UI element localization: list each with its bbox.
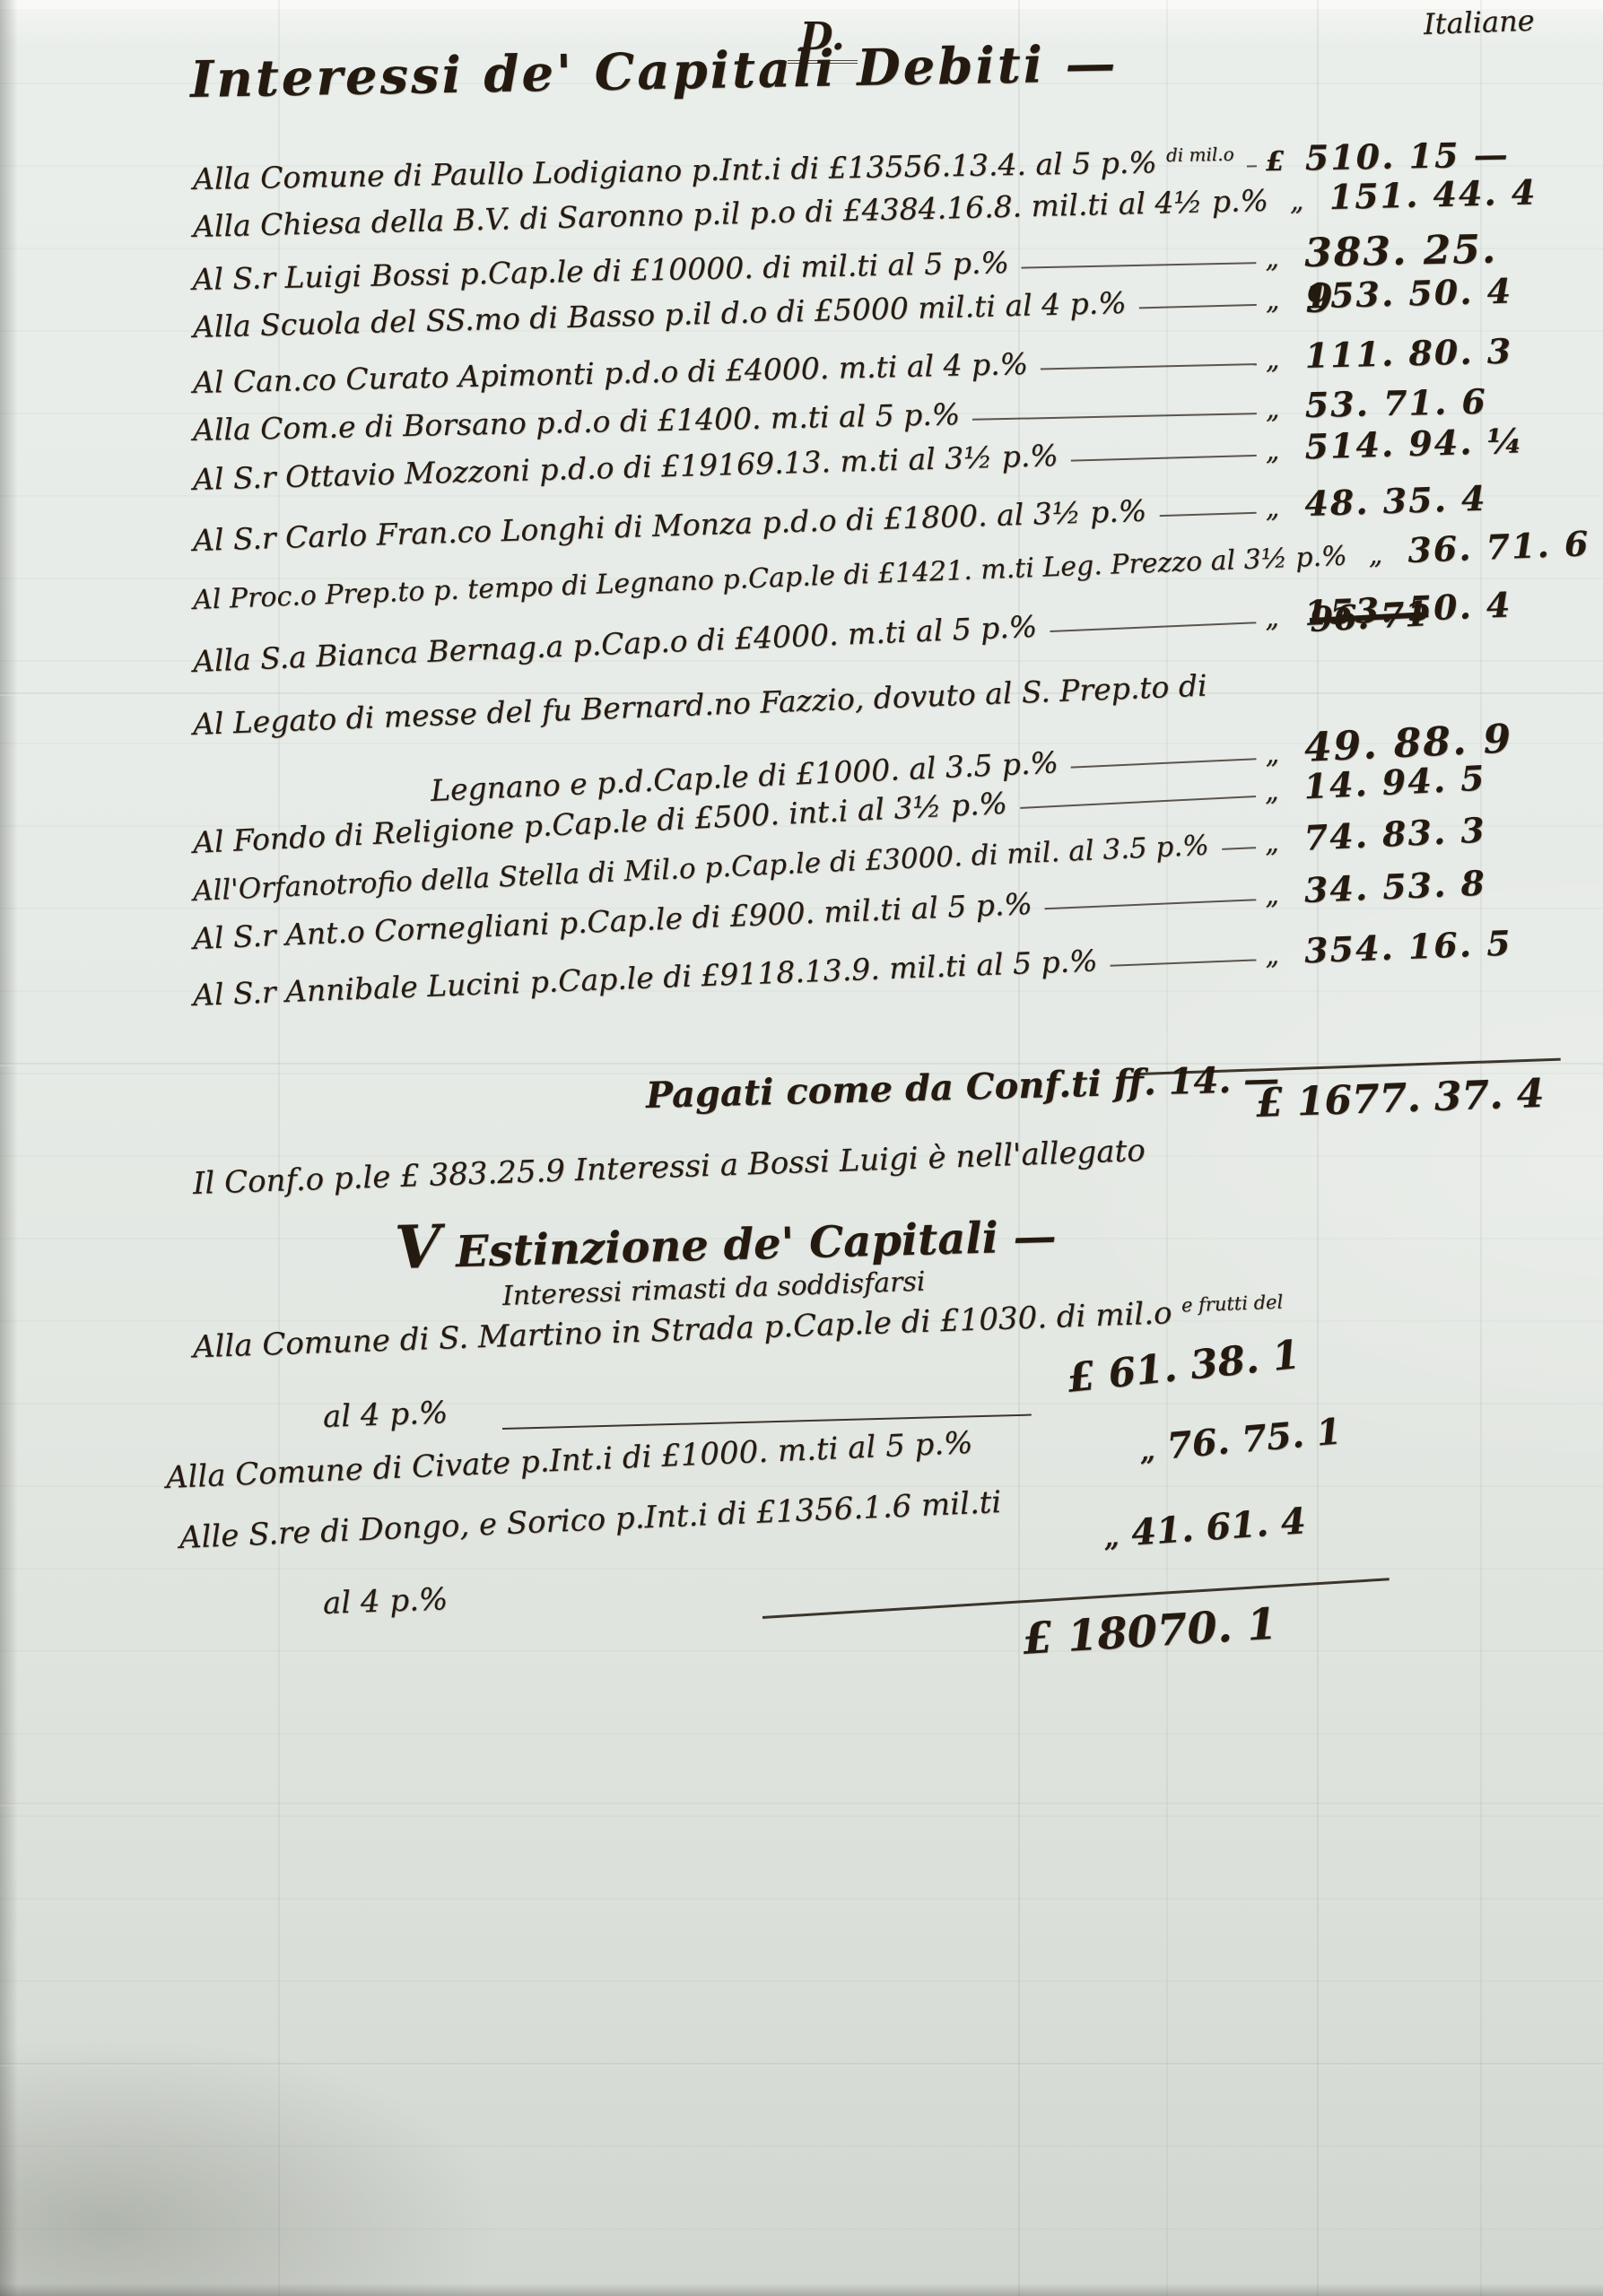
ditto-mark: „: [1264, 737, 1305, 770]
leader-line: [1022, 262, 1257, 268]
entry-amount: 510. 15 —: [1304, 134, 1538, 178]
amount-value: 18070. 1: [1066, 1599, 1278, 1662]
entry-amount: „ 76. 75. 1: [1137, 1410, 1343, 1470]
leader-line: [1071, 455, 1257, 462]
ditto-mark: „: [1265, 491, 1305, 524]
ditto-mark: „: [1265, 242, 1305, 274]
entry-amount: 111. 80. 3: [1304, 330, 1538, 376]
ditto-mark: „: [1265, 344, 1305, 376]
entry-line2: al 4 p.%: [322, 1581, 449, 1622]
leader-line: [1045, 899, 1257, 909]
entry-amount: 153. 50. 4: [1303, 583, 1538, 633]
entry-amount: 151. 44. 4: [1329, 171, 1563, 217]
entry-superscript: di mil.o: [1166, 143, 1234, 166]
entry-amount: 53. 71. 6: [1304, 380, 1538, 425]
entry-amount: 153. 50. 4: [1304, 270, 1538, 317]
paper-crease: [0, 1803, 1603, 1806]
section2-title: V Estinzione de' Capitali —: [394, 1196, 1057, 1283]
ditto-mark: „: [1264, 878, 1304, 911]
ditto-mark: „: [1368, 538, 1408, 571]
entry-amount: 34. 53. 8: [1303, 860, 1538, 910]
entry-amount: 354. 16. 5: [1303, 921, 1538, 970]
section1-title: Interessi de' Capitali Debiti —: [189, 34, 1119, 109]
entry-text: Al Can.co Curato Apimonti p.d.o di £4000…: [193, 346, 1029, 400]
entry-text: Alla Comune di Civate p.Int.i di £1000. …: [165, 1425, 973, 1496]
leader-line: [1050, 622, 1256, 632]
ditto-mark: „: [1264, 826, 1305, 859]
currency-symbol: £: [1065, 1353, 1097, 1402]
ditto-mark: „: [1289, 185, 1329, 217]
leader-line: [1247, 165, 1257, 167]
marginal-note: Il Conf.o p.le £ 383.25.9 Interessi a Bo…: [192, 1133, 1146, 1202]
currency-mark: £: [1266, 145, 1306, 178]
paper-top-edge: [0, 0, 1603, 9]
entry-text: Al Legato di messe del fu Bernard.no Faz…: [192, 668, 1207, 742]
ditto-mark: „: [1264, 774, 1305, 807]
ditto-mark: „: [1265, 393, 1305, 425]
paper-chain-line: [278, 0, 280, 2296]
paper-crease: [0, 2063, 1603, 2066]
entry-text: Al S.r Ottavio Mozzoni p.d.o di £19169.1…: [193, 438, 1059, 497]
amount-value: 1677. 37. 4: [1296, 1071, 1545, 1126]
entry-amount: 48. 35. 4: [1304, 476, 1538, 524]
leader-line: [1020, 796, 1256, 809]
entry-text: Al S.r Annibale Lucini p.Cap.le di £9118…: [192, 943, 1098, 1013]
section2-lead-mark: V: [394, 1212, 441, 1283]
leader-line: [1071, 758, 1257, 768]
leader-line: [1139, 304, 1257, 309]
grand-total-amount: £ 18070. 1: [1021, 1599, 1278, 1665]
paper-bottom-edge-shadow: [0, 2283, 1603, 2296]
leader-line: [972, 413, 1257, 421]
entry-text: Alle S.re di Dongo, e Sorico p.Int.i di …: [179, 1484, 1002, 1556]
ditto-mark: „: [1265, 284, 1305, 317]
ditto-mark: „: [1102, 1522, 1120, 1554]
ditto-mark: „: [1265, 938, 1305, 971]
paid-total-amount: £ 1677. 37. 4: [1255, 1071, 1545, 1126]
currency-symbol: £: [1255, 1080, 1284, 1126]
entry-amount: 514. 94. ¼: [1304, 420, 1538, 466]
leader-line: [1159, 512, 1256, 517]
ditto-mark: „: [1264, 601, 1304, 634]
currency-symbol: £: [1021, 1613, 1054, 1665]
amount-value: 61. 38. 1: [1106, 1332, 1302, 1397]
entry-amount: 74. 83. 3: [1303, 807, 1538, 858]
leader-line: [1222, 847, 1256, 850]
leader-line: [1041, 363, 1257, 370]
entry-text: Alla S.a Bianca Bernag.a p.Cap.o di £400…: [192, 609, 1038, 679]
ditto-mark: „: [1138, 1436, 1156, 1468]
language-label: Italiane: [1424, 4, 1536, 41]
leader-line: [1111, 959, 1257, 966]
paper-left-edge-shadow: [0, 0, 18, 2296]
ditto-mark: „: [1265, 434, 1305, 466]
entry-amount: 36. 71. 6: [1407, 521, 1603, 570]
paid-total-label: Pagati come da Conf.ti ff. 14. —: [645, 1058, 1279, 1117]
entry-amount: „ 41. 61. 4: [1102, 1500, 1307, 1556]
entry-amount: £ 61. 38. 1: [1065, 1332, 1302, 1402]
amount-value: 41. 61. 4: [1129, 1500, 1307, 1553]
entry-superscript: e frutti del: [1181, 1291, 1284, 1317]
entry-line2: al 4 p.%: [322, 1395, 449, 1435]
section2-title-text: Estinzione de' Capitali —: [455, 1212, 1057, 1278]
manuscript-page: D. Italiane Interessi de' Capitali Debit…: [0, 0, 1603, 2296]
